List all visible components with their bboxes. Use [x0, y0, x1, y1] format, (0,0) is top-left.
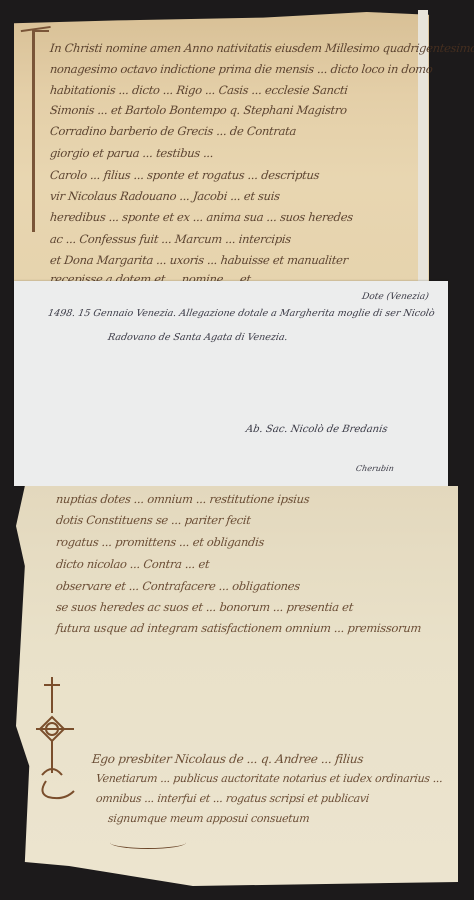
parchment-line: ac ... Confessus fuit ... Marcum ... int…	[49, 232, 291, 246]
parchment-line: rogatus ... promittens ... et obligandis	[55, 535, 265, 549]
parchment-line: vir Nicolaus Radouano ... Jacobi ... et …	[49, 189, 280, 203]
parchment-line: nonagesimo octavo indictione prima die m…	[49, 62, 433, 76]
label-category-note: Dote (Venezia)	[361, 292, 429, 302]
parchment-line: heredibus ... sponte et ex ... anima sua…	[49, 210, 353, 224]
notary-signum-icon	[34, 673, 78, 803]
parchment-line: observare et ... Contrafacere ... obliga…	[55, 579, 300, 593]
signature-flourish	[110, 836, 186, 849]
label-initials: Cherubin	[355, 464, 394, 473]
parchment-line: Corradino barberio de Grecis ... de Cont…	[49, 124, 297, 138]
notary-subscription-line: omnibus ... interfui et ... rogatus scri…	[95, 792, 369, 805]
label-description-line-2: Radovano de Santa Agata di Venezia.	[107, 332, 289, 343]
label-signature: Ab. Sac. Nicolò de Bredanis	[245, 424, 388, 435]
parchment-line: se suos heredes ac suos et ... bonorum .…	[55, 600, 354, 614]
parchment-line: In Christi nomine amen Anno nativitatis …	[49, 41, 474, 55]
notary-subscription-line: Venetiarum ... publicus auctoritate nota…	[95, 772, 443, 785]
parchment-line: giorgio et parua ... testibus ...	[49, 146, 214, 160]
parchment-line: nuptias dotes ... omnium ... restitution…	[55, 492, 310, 506]
label-description-line-1: 1498. 15 Gennaio Venezia. Allegazione do…	[47, 308, 435, 319]
parchment-line: dicto nicolao ... Contra ... et	[55, 557, 210, 571]
parchment-line: futura usque ad integram satisfactionem …	[55, 621, 422, 635]
notary-subscription-line: signumque meum apposui consuetum	[107, 812, 310, 825]
parchment-line: dotis Constituens se ... pariter fecit	[55, 513, 251, 527]
parchment-line: et Dona Margarita ... uxoris ... habuiss…	[49, 253, 348, 267]
decorated-initial-I	[32, 30, 49, 232]
parchment-line: Simonis ... et Bartolo Bontempo q. Steph…	[49, 103, 347, 117]
notary-subscription-line: Ego presbiter Nicolaus de ... q. Andree …	[91, 752, 364, 766]
parchment-line: Carolo ... filius ... sponte et rogatus …	[49, 168, 320, 182]
parchment-line: habitationis ... dicto ... Rigo ... Casi…	[49, 83, 348, 97]
